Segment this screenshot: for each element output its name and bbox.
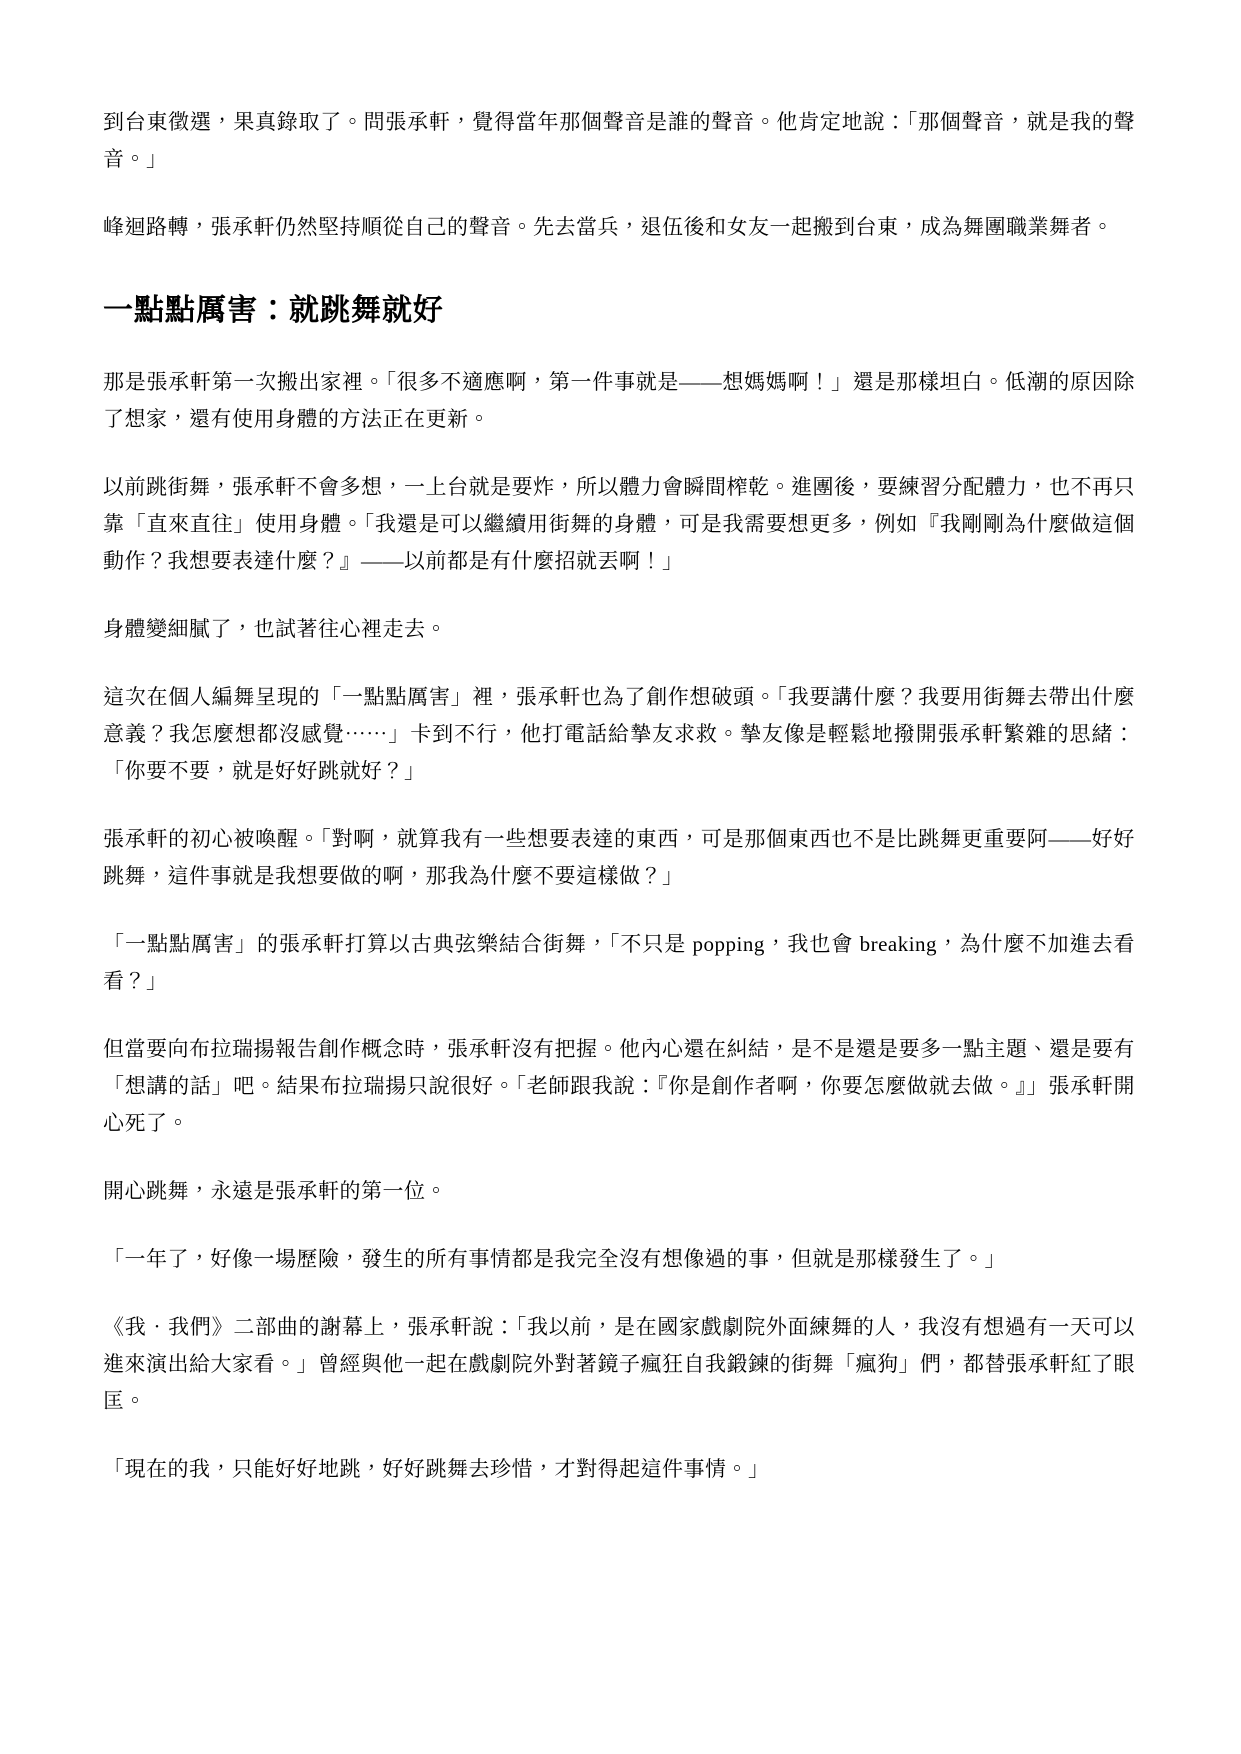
paragraph: 《我‧我們》二部曲的謝幕上，張承軒說：「我以前，是在國家戲劇院外面練舞的人，我沒…: [103, 1309, 1135, 1420]
paragraph: 那是張承軒第一次搬出家裡。「很多不適應啊，第一件事就是——想媽媽啊！」還是那樣坦…: [103, 364, 1135, 438]
paragraph: 峰迴路轉，張承軒仍然堅持順從自己的聲音。先去當兵，退伍後和女友一起搬到台東，成為…: [103, 209, 1135, 246]
paragraph: 這次在個人編舞呈現的「一點點厲害」裡，張承軒也為了創作想破頭。「我要講什麼？我要…: [103, 679, 1135, 790]
paragraph: 但當要向布拉瑞揚報告創作概念時，張承軒沒有把握。他內心還在糾結，是不是還是要多一…: [103, 1031, 1135, 1142]
paragraph: 到台東徵選，果真錄取了。問張承軒，覺得當年那個聲音是誰的聲音。他肯定地說：「那個…: [103, 104, 1135, 178]
paragraph: 「現在的我，只能好好地跳，好好跳舞去珍惜，才對得起這件事情。」: [103, 1451, 1135, 1488]
section-heading: 一點點厲害：就跳舞就好: [103, 289, 1135, 333]
article-body: 到台東徵選，果真錄取了。問張承軒，覺得當年那個聲音是誰的聲音。他肯定地說：「那個…: [103, 104, 1135, 1488]
paragraph: 身體變細膩了，也試著往心裡走去。: [103, 611, 1135, 648]
paragraph: 開心跳舞，永遠是張承軒的第一位。: [103, 1173, 1135, 1210]
paragraph: 「一年了，好像一場歷險，發生的所有事情都是我完全沒有想像過的事，但就是那樣發生了…: [103, 1241, 1135, 1278]
paragraph: 「一點點厲害」的張承軒打算以古典弦樂結合街舞，「不只是 popping，我也會 …: [103, 926, 1135, 1000]
paragraph: 張承軒的初心被喚醒。「對啊，就算我有一些想要表達的東西，可是那個東西也不是比跳舞…: [103, 821, 1135, 895]
document-page: 到台東徵選，果真錄取了。問張承軒，覺得當年那個聲音是誰的聲音。他肯定地說：「那個…: [0, 0, 1241, 1754]
paragraph: 以前跳街舞，張承軒不會多想，一上台就是要炸，所以體力會瞬間榨乾。進團後，要練習分…: [103, 469, 1135, 580]
